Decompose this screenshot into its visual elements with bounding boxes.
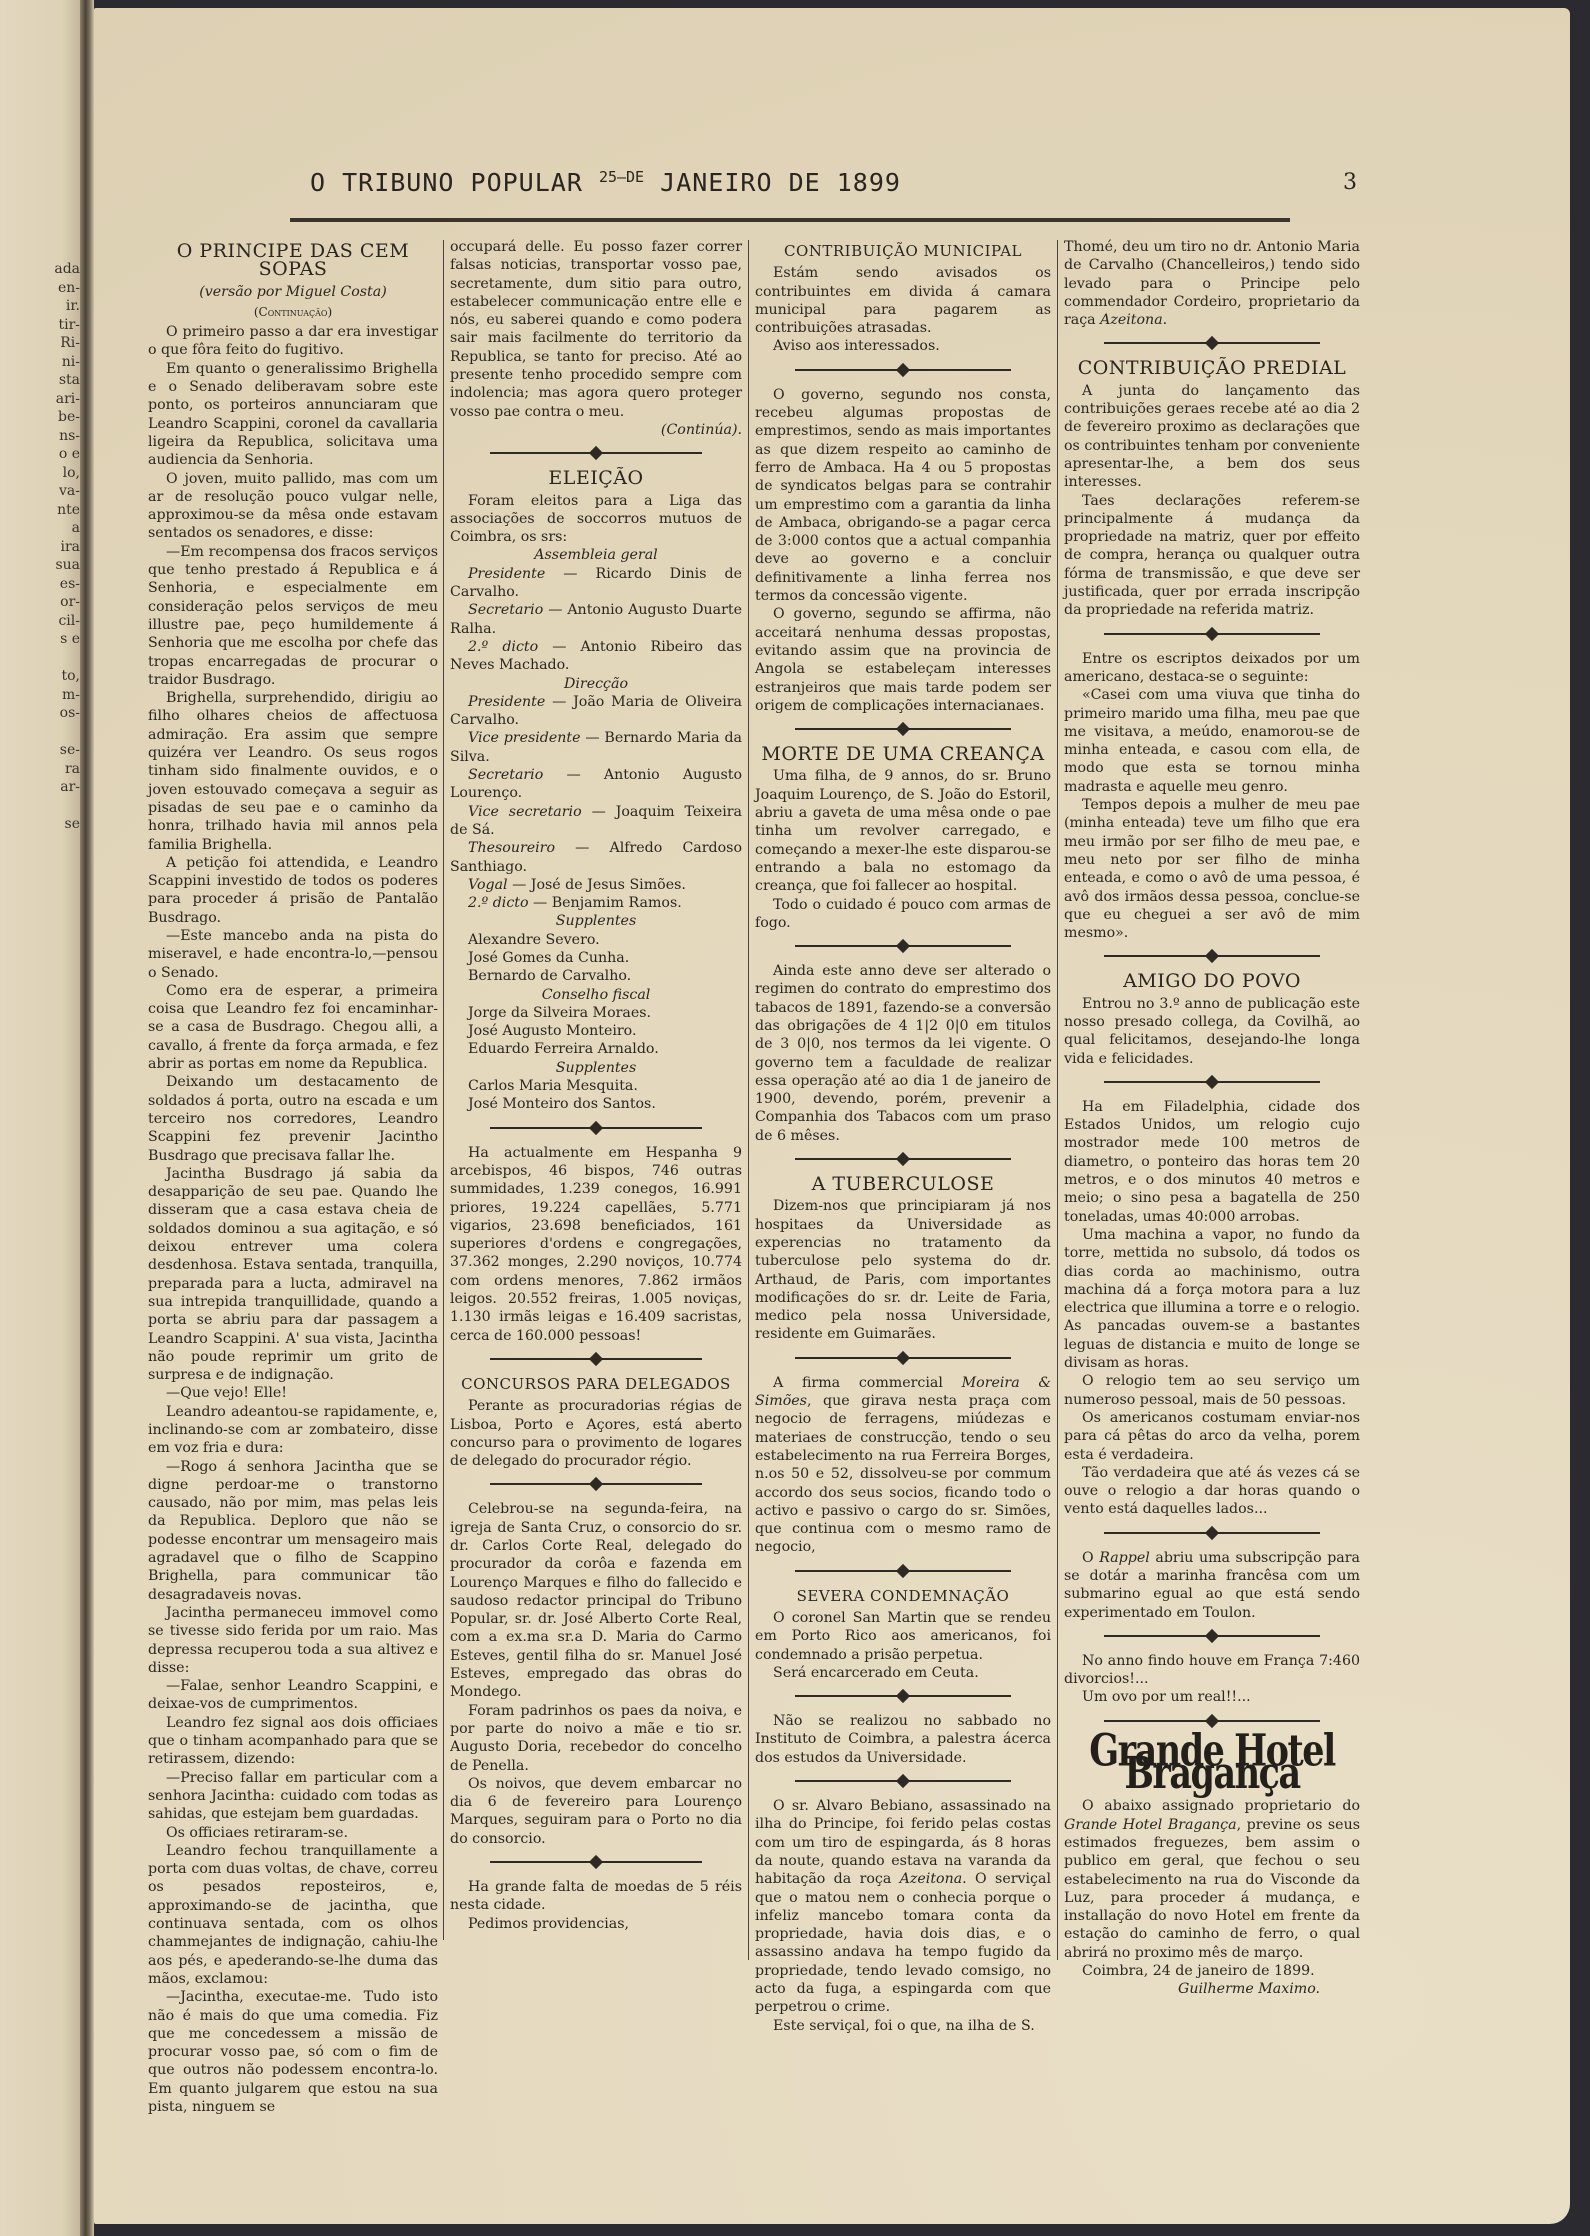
ornamental-divider	[755, 1688, 1051, 1704]
text: A firma commercial	[773, 1375, 962, 1391]
predial-title: CONTRIBUIÇÃO PREDIAL	[1064, 359, 1360, 377]
paragraph: Tão verdadeira que até ás vezes cá se ou…	[1064, 1464, 1360, 1519]
paragraph: O primeiro passo a dar era investigar o …	[148, 323, 438, 360]
paragraph: O joven, muito pallido, mas com um ar de…	[148, 470, 438, 543]
paragraph: —Preciso fallar em particular com a senh…	[148, 1769, 438, 1824]
paragraph: Entre os escriptos deixados por um ameri…	[1064, 650, 1360, 687]
paragraph: Estám sendo avisados os contribuintes em…	[755, 264, 1051, 337]
paragraph: A petição foi attendida, e Leandro Scapp…	[148, 854, 438, 927]
ornamental-divider	[755, 1563, 1051, 1579]
officer-role: Presidente	[468, 566, 545, 582]
predial-body: A junta do lançamento das contribuições …	[1064, 382, 1360, 620]
officer-role: Vogal	[468, 877, 508, 893]
amigo-text: Entrou no 3.º anno de publicação este no…	[1064, 995, 1360, 1068]
text: .	[1163, 312, 1168, 328]
condemnacao-title: SEVERA CONDEMNAÇÃO	[755, 1587, 1051, 1605]
officer-name: — Benjamim Ramos.	[529, 895, 682, 911]
officer-role: Thesoureiro	[468, 840, 555, 856]
officer-role: Vice secretario	[468, 804, 582, 820]
officer-role: Secretario	[468, 767, 543, 783]
paragraph: Em quanto o generalissimo Brighella e o …	[148, 360, 438, 470]
paragraph: Jacintha permaneceu immovel como se tive…	[148, 1604, 438, 1677]
hespanha-note: Ha actualmente em Hespanha 9 arcebispos,…	[450, 1144, 742, 1345]
ornamental-divider	[1064, 626, 1360, 642]
member-name: Alexandre Severo.	[450, 931, 742, 949]
direccao-heading: Direcção	[450, 675, 742, 693]
supplentes2-list: Carlos Maria Mesquita.José Monteiro dos …	[450, 1077, 742, 1114]
column-divider	[748, 240, 749, 1960]
column-divider	[443, 240, 444, 1940]
officer-name: — José de Jesus Simões.	[508, 877, 686, 893]
ornamental-divider	[450, 1351, 742, 1367]
estate-name: Azeitona	[1100, 312, 1163, 328]
paragraph: O relogio tem ao seu serviço um numeroso…	[1064, 1372, 1360, 1409]
rappel-note: O Rappel abriu uma subscripção para se d…	[1064, 1549, 1360, 1622]
officer-entry: Vogal — José de Jesus Simões.	[450, 876, 742, 894]
creanca-title: MORTE DE UMA CREANÇA	[755, 745, 1051, 763]
bebiano-continued: Thomé, deu um tiro no dr. Antonio Maria …	[1064, 238, 1360, 329]
amigo-title: AMIGO DO POVO	[1064, 972, 1360, 990]
conselho-list: Jorge da Silveira Moraes.José Augusto Mo…	[450, 1004, 742, 1059]
concursos-title: CONCURSOS PARA DELEGADOS	[450, 1375, 742, 1393]
estate-name: Azeitona	[900, 1871, 963, 1887]
paragraph: Ha grande falta de moedas de 5 réis nest…	[450, 1878, 742, 1915]
paragraph: Uma machina a vapor, no fundo da torre, …	[1064, 1226, 1360, 1372]
supplentes-heading: Supplentes	[450, 912, 742, 930]
text: , que girava nesta praça com negocio de …	[755, 1393, 1051, 1555]
text: O	[1082, 1550, 1099, 1566]
paragraph: —Jacintha, executae-me. Tudo isto não é …	[148, 1988, 438, 2116]
article-title: O PRINCIPE DAS CEM SOPAS	[148, 242, 438, 279]
hotel-dateline: Coimbra, 24 de janeiro de 1899.	[1064, 1962, 1360, 1980]
paragraph: «Casei com uma viuva que tinha do primei…	[1064, 686, 1360, 796]
paragraph: Jacintha Busdrago já sabia da desappariç…	[148, 1165, 438, 1385]
member-name: Jorge da Silveira Moraes.	[450, 1004, 742, 1022]
paragraph: A junta do lançamento das contribuições …	[1064, 382, 1360, 492]
continuation-label: (Continuação)	[148, 303, 438, 321]
facing-page-text: ada en- ir. tir- Ri- ni- sta ari- be- ns…	[0, 260, 80, 834]
article-body: O primeiro passo a dar era investigar o …	[148, 323, 438, 2116]
condemnacao-body: O coronel San Martin que se rendeu em Po…	[755, 1609, 1051, 1682]
assembleia-list: Presidente — Ricardo Dinis de Carvalho.S…	[450, 565, 742, 675]
divorcios-note: No anno findo houve em França 7:460 divo…	[1064, 1652, 1360, 1707]
paragraph: O governo, segundo nos consta, recebeu a…	[755, 386, 1051, 606]
officer-role: Vice presidente	[468, 730, 581, 746]
member-name: Eduardo Ferreira Arnaldo.	[450, 1040, 742, 1058]
paragraph: Leandro fez signal aos dois officiaes qu…	[148, 1714, 438, 1769]
municipal-title: CONTRIBUIÇÃO MUNICIPAL	[755, 242, 1051, 260]
paragraph: Aviso aos interessados.	[755, 337, 1051, 355]
paragraph: Os officiaes retiraram-se.	[148, 1824, 438, 1842]
instituto-note: Não se realizou no sabbado no Instituto …	[755, 1712, 1051, 1767]
masthead: O TRIBUNO POPULAR 25—DE JANEIRO DE 1899	[310, 168, 1310, 198]
hotel-name: Grande Hotel Bragança	[1064, 1817, 1237, 1833]
newspaper-name: Rappel	[1099, 1550, 1150, 1566]
paragraph: Tempos depois a mulher de meu pae (minha…	[1064, 796, 1360, 942]
newspaper-title: O TRIBUNO POPULAR	[310, 168, 583, 197]
moedas-note: Ha grande falta de moedas de 5 réis nest…	[450, 1878, 742, 1933]
ornamental-divider	[450, 445, 742, 461]
column-2: occupará delle. Eu posso fazer correr fa…	[450, 238, 742, 1933]
direccao-list: Presidente — João Maria de Oliveira Carv…	[450, 693, 742, 913]
concursos-text: Perante as procuradorias régias de Lisbo…	[450, 1397, 742, 1470]
column-3: CONTRIBUIÇÃO MUNICIPAL Estám sendo avisa…	[755, 238, 1051, 2035]
paragraph: Como era de esperar, a primeira coisa qu…	[148, 982, 438, 1073]
officer-entry: Vice presidente — Bernardo Maria da Silv…	[450, 729, 742, 766]
paragraph: Taes declarações referem-se principalmen…	[1064, 492, 1360, 620]
tuberculose-text: Dizem-nos que principiaram já nos hospit…	[755, 1197, 1051, 1343]
paragraph: occupará delle. Eu posso fazer correr fa…	[450, 238, 742, 421]
municipal-body: Estám sendo avisados os contribuintes em…	[755, 264, 1051, 355]
column-divider	[1057, 240, 1058, 1960]
bebiano-note: O sr. Alvaro Bebiano, assassinado na ilh…	[755, 1797, 1051, 2017]
facing-page-edge: ada en- ir. tir- Ri- ni- sta ari- be- ns…	[0, 0, 88, 2236]
ornamental-divider	[1064, 1628, 1360, 1644]
supplentes-list: Alexandre Severo.José Gomes da Cunha.Ber…	[450, 931, 742, 986]
paragraph: Deixando um destacamento de soldados á p…	[148, 1073, 438, 1164]
paragraph: Leandro fechou tranquillamente a porta c…	[148, 1842, 438, 1988]
bebiano-last: Este serviçal, foi o que, na ilha de S.	[755, 2017, 1051, 2035]
conselho-heading: Conselho fiscal	[450, 986, 742, 1004]
member-name: José Gomes da Cunha.	[450, 949, 742, 967]
book-gutter	[80, 0, 94, 2236]
paragraph: Será encarcerado em Ceuta.	[755, 1664, 1051, 1682]
paragraph: Brighella, surprehendido, dirigiu ao fil…	[148, 689, 438, 854]
paragraph: Uma filha, de 9 annos, do sr. Bruno Joaq…	[755, 767, 1051, 895]
paragraph: —Este mancebo anda na pista do miseravel…	[148, 927, 438, 982]
member-name: Carlos Maria Mesquita.	[450, 1077, 742, 1095]
supplentes2-heading: Supplentes	[450, 1059, 742, 1077]
member-name: José Monteiro dos Santos.	[450, 1095, 742, 1113]
article-byline: (versão por Miguel Costa)	[148, 283, 438, 301]
ornamental-divider	[450, 1854, 742, 1870]
ornamental-divider	[755, 1151, 1051, 1167]
paragraph: Os noivos, que devem embarcar no dia 6 d…	[450, 1775, 742, 1848]
paragraph: Um ovo por um real!!...	[1064, 1688, 1360, 1706]
ornamental-divider	[1064, 948, 1360, 964]
ornamental-divider	[1064, 1525, 1360, 1541]
ornamental-divider	[450, 1120, 742, 1136]
creanca-body: Uma filha, de 9 annos, do sr. Bruno Joaq…	[755, 767, 1051, 932]
paragraph: Leandro adeantou-se rapidamente, e, incl…	[148, 1403, 438, 1458]
tabacos-note: Ainda este anno deve ser alterado o regi…	[755, 962, 1051, 1145]
hotel-advert-body: O abaixo assignado proprietario do Grand…	[1064, 1797, 1360, 1962]
casamento-note: Celebrou-se na segunda-feira, na igreja …	[450, 1500, 742, 1848]
paragraph: Foram padrinhos os paes da noiva, e por …	[450, 1702, 742, 1775]
ornamental-divider	[755, 362, 1051, 378]
eleicao-title: ELEIÇÃO	[450, 469, 742, 487]
hotel-signature: Guilherme Maximo.	[1064, 1980, 1360, 1998]
tuberculose-title: A TUBERCULOSE	[755, 1175, 1051, 1193]
text: . O serviçal que o matou nem o conhecia …	[755, 1871, 1051, 2015]
eleicao-intro: Foram eleitos para a Liga das associaçõe…	[450, 492, 742, 547]
relogio-note: Ha em Filadelphia, cidade dos Estados Un…	[1064, 1098, 1360, 1519]
paragraph: Celebrou-se na segunda-feira, na igreja …	[450, 1500, 742, 1701]
emprestimos-note: O governo, segundo nos consta, recebeu a…	[755, 386, 1051, 715]
column-1: O PRINCIPE DAS CEM SOPAS (versão por Mig…	[148, 238, 438, 2116]
officer-entry: 2.º dicto — Benjamim Ramos.	[450, 894, 742, 912]
continua-label: (Continúa).	[450, 421, 742, 439]
ornamental-divider	[1064, 1074, 1360, 1090]
text: O abaixo assignado proprietario do	[1082, 1798, 1360, 1814]
date-prefix: 25—DE	[599, 168, 644, 186]
column-4: Thomé, deu um tiro no dr. Antonio Maria …	[1064, 238, 1360, 1999]
officer-entry: Thesoureiro — Alfredo Cardoso Santhiago.	[450, 839, 742, 876]
americano-note: Entre os escriptos deixados por um ameri…	[1064, 650, 1360, 943]
officer-entry: Secretario — Antonio Augusto Duarte Ralh…	[450, 601, 742, 638]
paragraph: Pedimos providencias,	[450, 1915, 742, 1933]
officer-entry: Presidente — Ricardo Dinis de Carvalho.	[450, 565, 742, 602]
paragraph: No anno findo houve em França 7:460 divo…	[1064, 1652, 1360, 1689]
ornamental-divider	[755, 938, 1051, 954]
paragraph: Todo o cuidado é pouco com armas de fogo…	[755, 896, 1051, 933]
officer-role: Secretario	[468, 602, 543, 618]
hotel-advert-title: Grande Hotel Bragança	[1064, 1740, 1360, 1786]
officer-role: Presidente	[468, 694, 545, 710]
officer-role: 2.º dicto	[468, 895, 529, 911]
article-body-continued: occupará delle. Eu posso fazer correr fa…	[450, 238, 742, 421]
date: JANEIRO DE 1899	[660, 168, 901, 197]
firma-note: A firma commercial Moreira & Simões, que…	[755, 1374, 1051, 1557]
masthead-rule	[290, 218, 1290, 222]
paragraph: —Que vejo! Elle!	[148, 1384, 438, 1402]
paragraph: Os americanos costumam enviar-nos para c…	[1064, 1409, 1360, 1464]
page-number: 3	[1343, 170, 1357, 195]
officer-entry: 2.º dicto — Antonio Ribeiro das Neves Ma…	[450, 638, 742, 675]
officer-entry: Presidente — João Maria de Oliveira Carv…	[450, 693, 742, 730]
ornamental-divider	[755, 1350, 1051, 1366]
officer-role: 2.º dicto	[468, 639, 538, 655]
ornamental-divider	[755, 721, 1051, 737]
officer-entry: Vice secretario — Joaquim Teixeira de Sá…	[450, 803, 742, 840]
text: , previne os seus estimados freguezes, b…	[1064, 1817, 1360, 1961]
officer-entry: Secretario — Antonio Augusto Lourenço.	[450, 766, 742, 803]
member-name: José Augusto Monteiro.	[450, 1022, 742, 1040]
paragraph: O governo, segundo se affirma, não accei…	[755, 605, 1051, 715]
assembleia-heading: Assembleia geral	[450, 546, 742, 564]
paragraph: —Rogo á senhora Jacintha que se digne pe…	[148, 1458, 438, 1604]
ornamental-divider	[450, 1476, 742, 1492]
paragraph: O coronel San Martin que se rendeu em Po…	[755, 1609, 1051, 1664]
paragraph: —Falae, senhor Leandro Scappini, e deixa…	[148, 1677, 438, 1714]
member-name: Bernardo de Carvalho.	[450, 967, 742, 985]
paragraph: Ha em Filadelphia, cidade dos Estados Un…	[1064, 1098, 1360, 1226]
ornamental-divider	[1064, 335, 1360, 351]
paragraph: —Em recompensa dos fracos serviços que t…	[148, 543, 438, 689]
ornamental-divider	[755, 1773, 1051, 1789]
